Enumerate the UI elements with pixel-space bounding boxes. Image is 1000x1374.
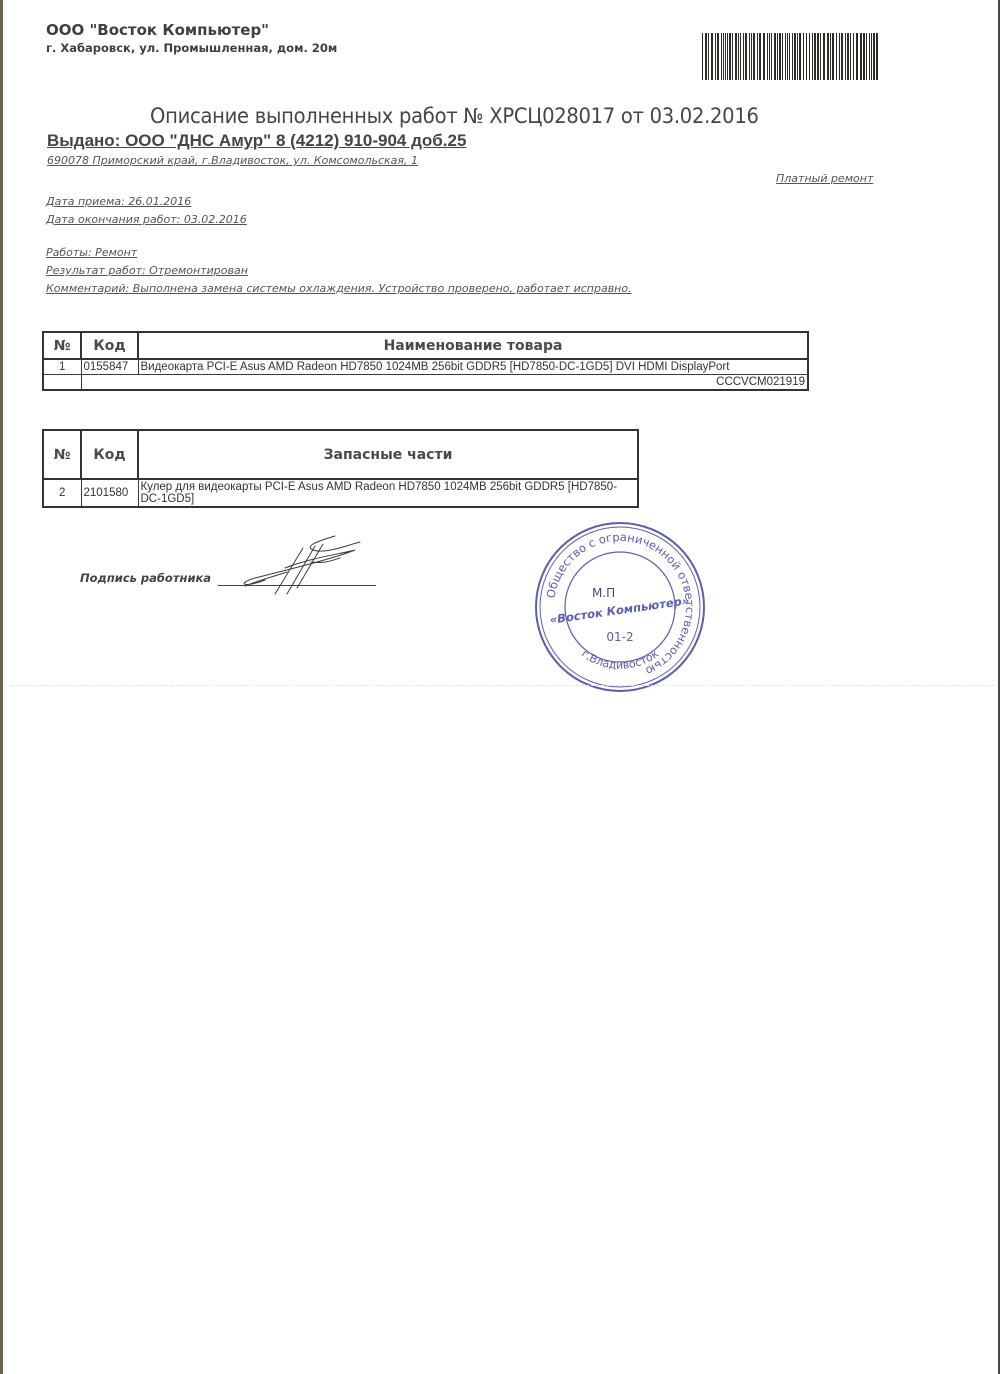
column-header-number: № bbox=[43, 332, 81, 359]
date-received: Дата приема: 26.01.2016 bbox=[46, 195, 191, 208]
scan-edge-left bbox=[0, 0, 3, 1374]
barcode-icon bbox=[702, 33, 880, 80]
svg-text:01-2: 01-2 bbox=[606, 630, 633, 644]
issued-address: 690078 Приморский край, г.Владивосток, у… bbox=[47, 154, 418, 167]
column-header-code: Код bbox=[81, 430, 138, 479]
signature-label: Подпись работника bbox=[80, 571, 211, 585]
repair-type: Платный ремонт bbox=[776, 172, 873, 185]
empty-cell bbox=[43, 375, 81, 391]
goods-table: № Код Наименование товара 1 0155847 Виде… bbox=[42, 331, 809, 391]
row-number: 1 bbox=[43, 359, 81, 375]
row-code: 0155847 bbox=[81, 359, 138, 375]
comment: Комментарий: Выполнена замена системы ох… bbox=[46, 282, 632, 295]
column-header-code: Код bbox=[81, 332, 138, 359]
company-stamp: Общество с ограниченной ответственностью… bbox=[530, 517, 710, 697]
company-name: ООО "Восток Компьютер" bbox=[46, 21, 269, 39]
table-row: 2 2101580 Кулер для видеокарты PCI-E Asu… bbox=[43, 479, 638, 507]
works: Работы: Ремонт bbox=[46, 246, 137, 259]
table-header-row: № Код Запасные части bbox=[43, 430, 638, 479]
parts-table: № Код Запасные части 2 2101580 Кулер для… bbox=[42, 429, 639, 508]
work-result: Результат работ: Отремонтирован bbox=[46, 264, 248, 277]
svg-text:М.П: М.П bbox=[592, 586, 615, 600]
scan-artifact-line bbox=[10, 685, 995, 687]
row-code: 2101580 bbox=[81, 479, 138, 507]
svg-text:«Восток Компьютер»: «Восток Компьютер» bbox=[549, 593, 690, 626]
table-header-row: № Код Наименование товара bbox=[43, 332, 808, 359]
date-completed: Дата окончания работ: 03.02.2016 bbox=[46, 213, 247, 226]
row-number: 2 bbox=[43, 479, 81, 507]
row-name: Кулер для видеокарты PCI-E Asus AMD Rade… bbox=[138, 479, 638, 507]
issued-to: Выдано: ООО "ДНС Амур" 8 (4212) 910-904 … bbox=[47, 131, 466, 151]
serial-number: CCCVCM021919 bbox=[81, 375, 808, 391]
column-header-number: № bbox=[43, 430, 81, 479]
document-title: Описание выполненных работ № XPCЦ028017 … bbox=[150, 104, 759, 128]
company-address: г. Хабаровск, ул. Промышленная, дом. 20м bbox=[46, 41, 337, 55]
signature-scribble-icon bbox=[215, 528, 365, 598]
column-header-parts: Запасные части bbox=[138, 430, 638, 479]
row-name: Видеокарта PCI-E Asus AMD Radeon HD7850 … bbox=[138, 359, 808, 375]
table-row: 1 0155847 Видеокарта PCI-E Asus AMD Rade… bbox=[43, 359, 808, 375]
table-row-serial: CCCVCM021919 bbox=[43, 375, 808, 391]
column-header-name: Наименование товара bbox=[138, 332, 808, 359]
